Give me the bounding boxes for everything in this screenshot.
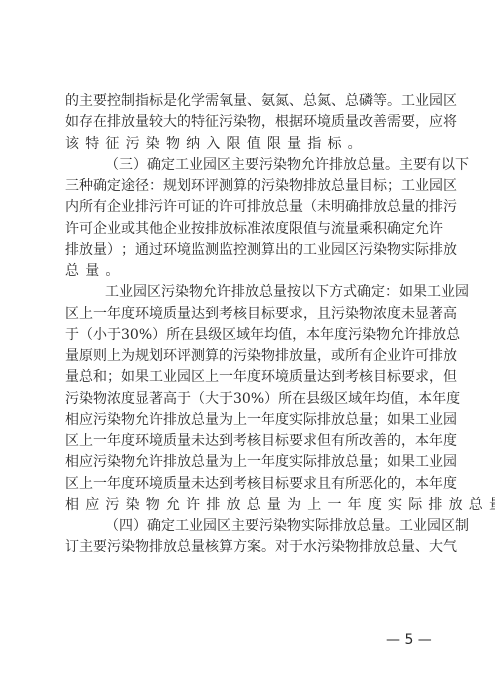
text-line: 内所有企业排污许可证的许可排放总量（未明确排放总量的排污 — [65, 197, 435, 218]
text-line: 的主要控制指标是化学需氧量、氨氮、总氮、总磷等。工业园区 — [65, 91, 435, 112]
text-line: 区上一年度环境质量达到考核目标要求，且污染物浓度未显著高 — [65, 304, 435, 325]
text-line: 相应污染物允许排放总量为上一年度实际排放总量的80%。 — [65, 495, 435, 516]
body-text: 的主要控制指标是化学需氧量、氨氮、总氮、总磷等。工业园区 如存在排放量较大的特征… — [65, 91, 435, 559]
text-line: 量原则上为规划环评测算的污染物排放量，或所有企业许可排放 — [65, 346, 435, 367]
text-line: 订主要污染物排放总量核算方案。对于水污染物排放总量、大气 — [65, 537, 435, 558]
text-line: 排放量）；通过环境监测监控测算出的工业园区污染物实际排放 — [65, 240, 435, 261]
text-line: 于（小于30%）所在县级区域年均值，本年度污染物允许排放总 — [65, 325, 435, 346]
text-line: 区上一年度环境质量未达到考核目标要求且有所恶化的，本年度 — [65, 474, 435, 495]
text-line: 污染物浓度显著高于（大于30%）所在县级区域年均值，本年度 — [65, 389, 435, 410]
text-line: 许可企业或其他企业按排放标准浓度限值与流量乘积确定允许 — [65, 219, 435, 240]
text-line: 三种确定途径：规划环评测算的污染物排放总量目标；工业园区 — [65, 176, 435, 197]
text-line: 该特征污染物纳入限值限量指标。 — [65, 134, 435, 155]
text-line: 如存在排放量较大的特征污染物，根据环境质量改善需要，应将 — [65, 112, 435, 133]
text-line: 相应污染物允许排放总量为上一年度实际排放总量；如果工业园 — [65, 452, 435, 473]
text-line: 区上一年度环境质量未达到考核目标要求但有所改善的，本年度 — [65, 431, 435, 452]
document-page: 的主要控制指标是化学需氧量、氨氮、总氮、总磷等。工业园区 如存在排放量较大的特征… — [0, 0, 495, 700]
section-heading-line: （四）确定工业园区主要污染物实际排放总量。工业园区制 — [65, 516, 435, 537]
text-line: 工业园区污染物允许排放总量按以下方式确定：如果工业园 — [65, 282, 435, 303]
section-heading-line: （三）确定工业园区主要污染物允许排放总量。主要有以下 — [65, 155, 435, 176]
text-line: 量总和；如果工业园区上一年度环境质量达到考核目标要求，但 — [65, 367, 435, 388]
page-number: — 5 — — [386, 631, 432, 649]
text-line: 总量。 — [65, 261, 435, 282]
text-line: 相应污染物允许排放总量为上一年度实际排放总量；如果工业园 — [65, 410, 435, 431]
